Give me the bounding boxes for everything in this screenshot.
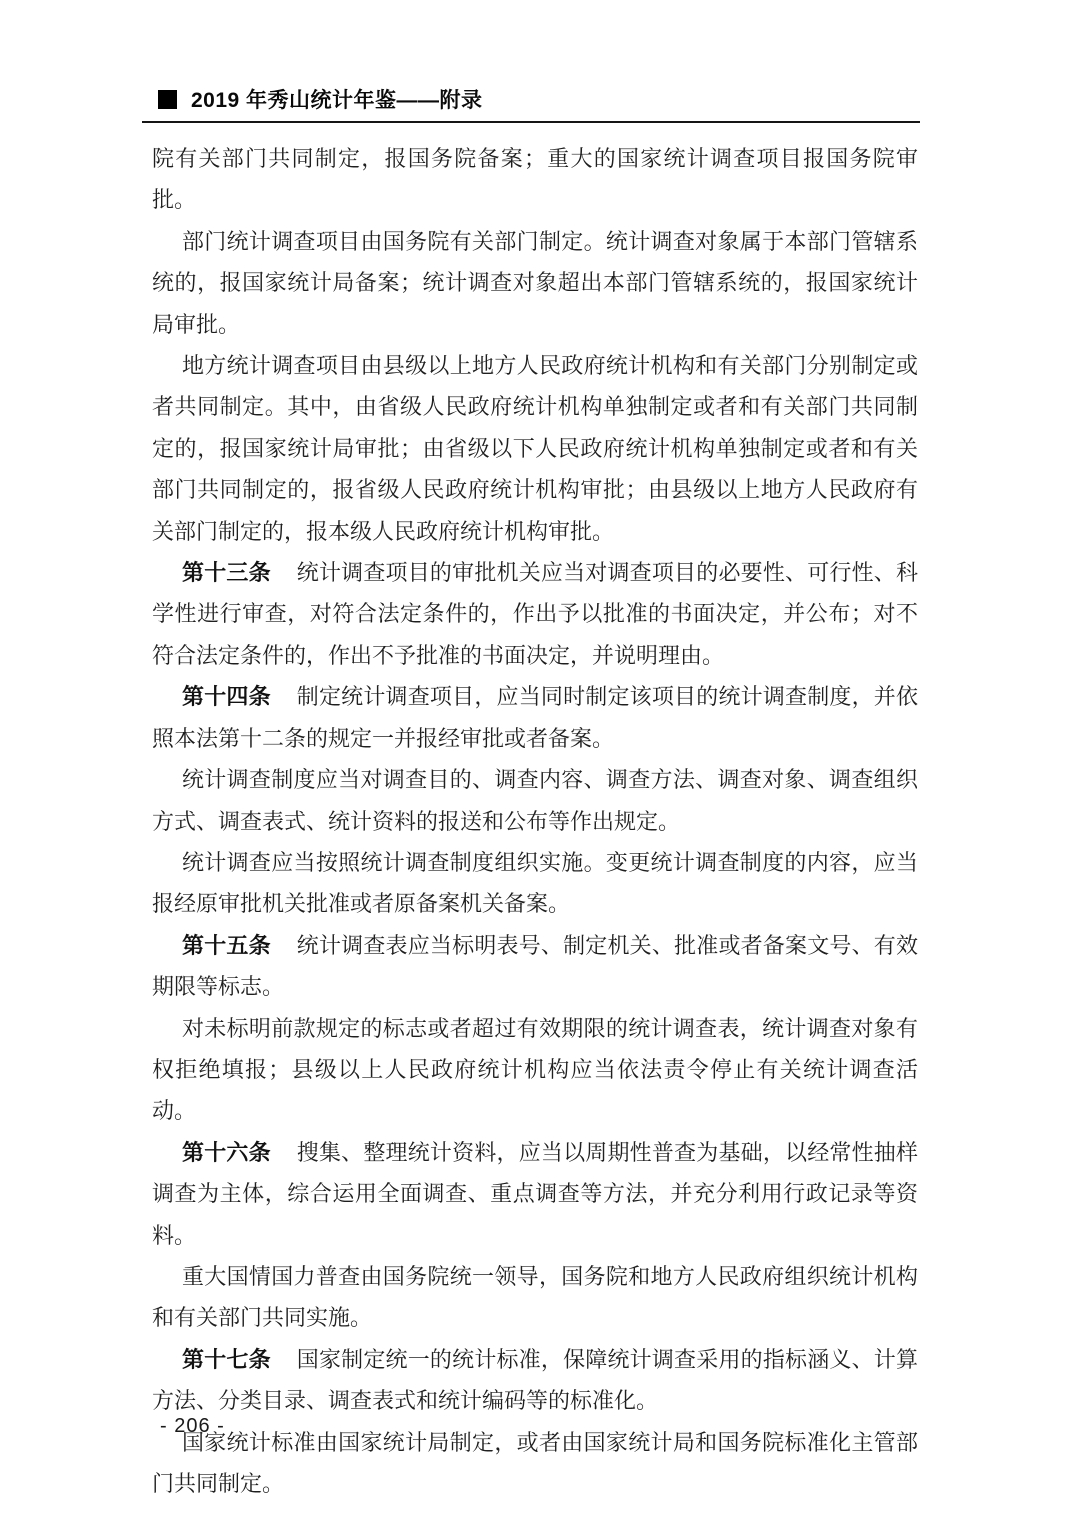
- paragraph: 统计调查制度应当对调查目的、调查内容、调查方法、调查对象、调查组织方式、调查表式…: [152, 759, 918, 842]
- paragraph-text: 统计调查应当按照统计调查制度组织实施。变更统计调查制度的内容，应当报经原审批机关…: [152, 850, 918, 916]
- page-footer: - 206 -: [160, 1415, 225, 1438]
- paragraph-text: 院有关部门共同制定，报国务院备案；重大的国家统计调查项目报国务院审批。: [152, 146, 918, 212]
- paragraph: 统计调查应当按照统计调查制度组织实施。变更统计调查制度的内容，应当报经原审批机关…: [152, 842, 918, 925]
- page: { "header": { "marker_icon": "black-squa…: [0, 0, 1074, 1520]
- paragraph: 第十六条搜集、整理统计资料，应当以周期性普查为基础，以经常性抽样调查为主体，综合…: [152, 1132, 918, 1256]
- paragraph: 第十五条统计调查表应当标明表号、制定机关、批准或者备案文号、有效期限等标志。: [152, 925, 918, 1008]
- paragraph-text: 部门统计调查项目由国务院有关部门制定。统计调查对象属于本部门管辖系统的，报国家统…: [152, 229, 918, 337]
- paragraph: 地方统计调查项目由县级以上地方人民政府统计机构和有关部门分别制定或者共同制定。其…: [152, 345, 918, 552]
- paragraph: 院有关部门共同制定，报国务院备案；重大的国家统计调查项目报国务院审批。: [152, 138, 918, 221]
- page-title: 2019 年秀山统计年鉴——附录: [191, 84, 483, 114]
- document-body: 院有关部门共同制定，报国务院备案；重大的国家统计调查项目报国务院审批。 部门统计…: [152, 138, 918, 1504]
- paragraph: 第十四条制定统计调查项目，应当同时制定该项目的统计调查制度，并依照本法第十二条的…: [152, 676, 918, 759]
- article-number: 第十七条: [182, 1347, 271, 1372]
- paragraph: 重大国情国力普查由国务院统一领导，国务院和地方人民政府组织统计机构和有关部门共同…: [152, 1256, 918, 1339]
- article-number: 第十三条: [182, 560, 271, 585]
- paragraph-text: 地方统计调查项目由县级以上地方人民政府统计机构和有关部门分别制定或者共同制定。其…: [152, 353, 918, 544]
- paragraph-text: 对未标明前款规定的标志或者超过有效期限的统计调查表，统计调查对象有权拒绝填报；县…: [152, 1016, 918, 1124]
- paragraph: 对未标明前款规定的标志或者超过有效期限的统计调查表，统计调查对象有权拒绝填报；县…: [152, 1008, 918, 1132]
- article-number: 第十四条: [182, 684, 271, 709]
- paragraph: 国家统计标准由国家统计局制定，或者由国家统计局和国务院标准化主管部门共同制定。: [152, 1422, 918, 1505]
- page-header: 2019 年秀山统计年鉴——附录: [142, 84, 920, 123]
- paragraph: 部门统计调查项目由国务院有关部门制定。统计调查对象属于本部门管辖系统的，报国家统…: [152, 221, 918, 345]
- paragraph: 第十七条国家制定统一的统计标准，保障统计调查采用的指标涵义、计算方法、分类目录、…: [152, 1339, 918, 1422]
- paragraph-text: 国家统计标准由国家统计局制定，或者由国家统计局和国务院标准化主管部门共同制定。: [152, 1430, 918, 1496]
- black-square-icon: [158, 90, 177, 109]
- page-number: - 206 -: [160, 1415, 225, 1437]
- paragraph-text: 统计调查制度应当对调查目的、调查内容、调查方法、调查对象、调查组织方式、调查表式…: [152, 767, 918, 833]
- article-number: 第十六条: [182, 1140, 271, 1165]
- paragraph: 第十三条统计调查项目的审批机关应当对调查项目的必要性、可行性、科学性进行审查，对…: [152, 552, 918, 676]
- paragraph-text: 重大国情国力普查由国务院统一领导，国务院和地方人民政府组织统计机构和有关部门共同…: [152, 1264, 918, 1330]
- article-number: 第十五条: [182, 933, 271, 958]
